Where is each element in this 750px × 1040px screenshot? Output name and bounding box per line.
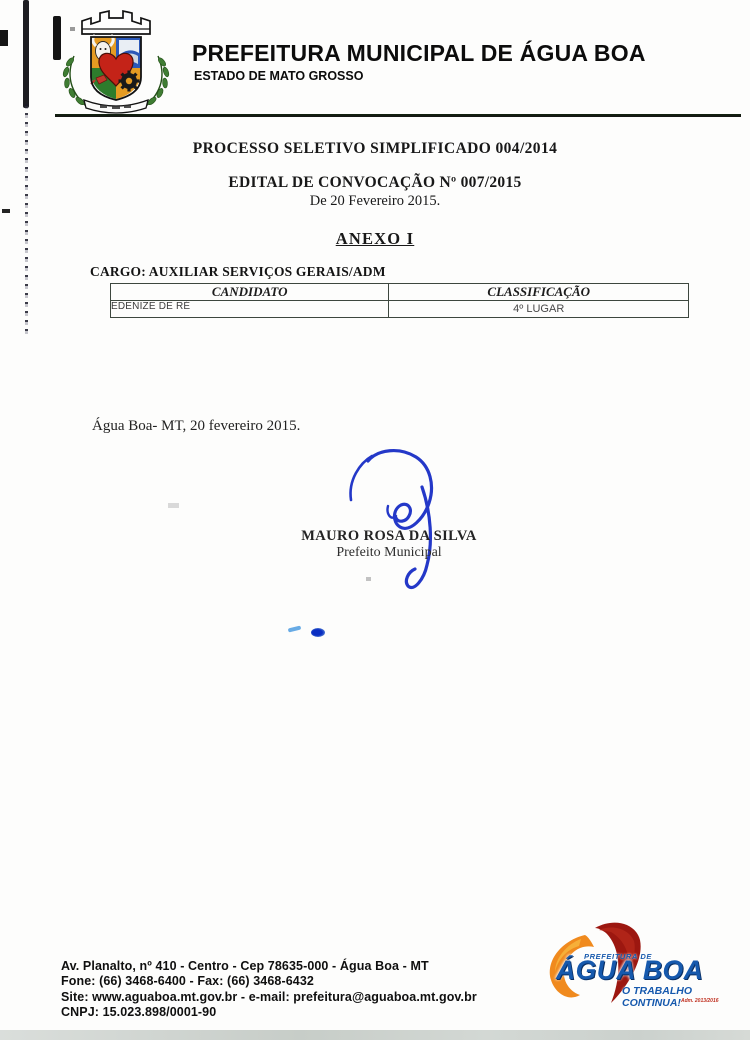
place-date: Água Boa- MT, 20 fevereiro 2015. (92, 418, 300, 435)
scan-artifact (168, 503, 179, 508)
scanned-document-page: PREFEITURA MUNICIPAL DE ÁGUA BOA ESTADO … (0, 0, 750, 1040)
table-row: EDENIZE DE RÉ 4º LUGAR (111, 301, 689, 318)
candidates-table: CANDIDATO CLASSIFICAÇÃO EDENIZE DE RÉ 4º… (110, 283, 689, 318)
footer-cnpj: CNPJ: 15.023.898/0001-90 (61, 1005, 477, 1020)
annex-title: ANEXO I (0, 229, 750, 249)
footer-contact-block: Av. Planalto, nº 410 - Centro - Cep 7863… (61, 959, 477, 1020)
scan-artifact (0, 30, 8, 46)
scan-artifact (23, 0, 29, 108)
logo-adm-note: Adm. 2013/2016 (681, 998, 719, 1004)
footer-site-email: Site: www.aguaboa.mt.gov.br - e-mail: pr… (61, 990, 477, 1005)
footer-phone: Fone: (66) 3468-6400 - Fax: (66) 3468-64… (61, 974, 477, 989)
header-subtitle: ESTADO DE MATO GROSSO (194, 69, 363, 83)
table-header-row: CANDIDATO CLASSIFICAÇÃO (111, 284, 689, 301)
coat-of-arms-icon (56, 6, 176, 120)
footer-address: Av. Planalto, nº 410 - Centro - Cep 7863… (61, 959, 477, 974)
logo-name: ÁGUA BOA (556, 955, 703, 986)
signature-ink-icon (338, 447, 478, 597)
logo-slogan: O TRABALHO CONTINUA! (622, 985, 750, 1009)
signer-name: MAURO ROSA DA SILVA (283, 528, 495, 545)
cargo-label: CARGO: AUXILIAR SERVIÇOS GERAIS/ADM (90, 264, 386, 280)
scan-artifact (25, 104, 28, 336)
ink-mark-dash (288, 625, 302, 632)
signer-role: Prefeito Municipal (283, 545, 495, 561)
header-title: PREFEITURA MUNICIPAL DE ÁGUA BOA (192, 40, 646, 67)
process-title: PROCESSO SELETIVO SIMPLIFICADO 004/2014 (0, 140, 750, 158)
table-header-candidato: CANDIDATO (111, 284, 389, 301)
edital-date: De 20 Fevereiro 2015. (0, 193, 750, 210)
header-divider (55, 114, 741, 117)
edital-title: EDITAL DE CONVOCAÇÃO Nº 007/2015 (0, 174, 750, 192)
ink-mark-dot (311, 628, 325, 637)
table-header-classificacao: CLASSIFICAÇÃO (389, 284, 689, 301)
scan-edge-band (0, 1030, 750, 1040)
candidate-name-cell: EDENIZE DE RÉ (111, 301, 389, 318)
rank-cell: 4º LUGAR (389, 301, 689, 318)
